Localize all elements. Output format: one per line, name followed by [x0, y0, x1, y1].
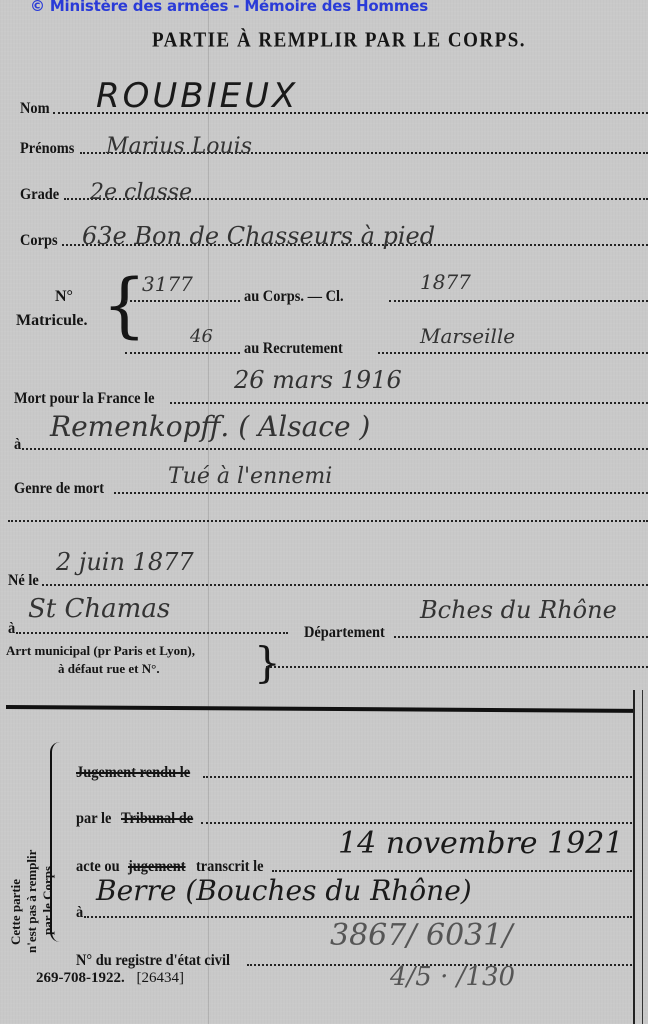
matricule-label: Matricule.: [16, 312, 88, 330]
footer-ref: [26434]: [137, 970, 185, 986]
ne-le-dotted-line: [42, 584, 648, 586]
recrutement-dotted-line: [378, 352, 648, 354]
lieu-mort-label: à: [14, 436, 21, 454]
matricule-corps-row: au Corps. — Cl.: [125, 288, 648, 306]
registre-label: N° du registre d'état civil: [76, 952, 230, 970]
ne-le-value: 2 juin 1877: [56, 548, 194, 576]
departement-dotted-line: [394, 636, 648, 638]
matricule-recrutement-dots: [125, 352, 240, 354]
corps-value: 63e Bon de Chasseurs à pied: [82, 222, 435, 250]
grade-value: 2e classe: [90, 180, 192, 205]
mort-date-value: 26 mars 1916: [234, 366, 402, 394]
mort-dotted-line: [170, 402, 648, 404]
side-note-line1: Cette partie: [8, 879, 24, 945]
footer-code: 269-708-1922.: [36, 970, 125, 986]
lieu-transcription-label: à: [76, 904, 83, 922]
departement-row: Département: [304, 624, 648, 642]
genre-mort-dotted-line: [114, 492, 648, 494]
registre-subvalues: 4/5 · /130: [390, 962, 515, 992]
lower-brace: [50, 742, 66, 942]
jugement-row: Jugement rendu le: [76, 764, 632, 782]
nom-label: Nom: [20, 100, 50, 118]
matricule-corps-number: 3177: [142, 272, 193, 296]
corps-label: Corps: [20, 232, 58, 250]
arrondissement-dotted-line: [266, 666, 648, 668]
classe-value: 1877: [420, 270, 471, 294]
side-note-line2: n'est pas à remplir: [24, 850, 40, 953]
jugement-dotted-line: [203, 776, 632, 778]
lieu-transcription-value: Berre (Bouches du Rhône): [96, 874, 472, 907]
watermark: © Ministère des armées - Mémoire des Hom…: [30, 0, 428, 15]
page-title: PARTIE À REMPLIR PAR LE CORPS.: [0, 29, 648, 53]
registre-row: N° du registre d'état civil: [76, 952, 632, 970]
right-border-line: [633, 690, 635, 1024]
tribunal-dotted-line: [201, 822, 632, 824]
nom-value: ROUBIEUX: [96, 76, 298, 116]
matricule-label-no: N°: [55, 288, 73, 306]
ne-le-label: Né le: [8, 572, 39, 590]
registre-value: 3867/ 6031/: [330, 918, 512, 953]
matricule-corps-dots: [125, 300, 240, 302]
footer: 269-708-1922. [26434]: [36, 970, 184, 987]
genre-mort-label: Genre de mort: [14, 480, 104, 498]
ne-a-dotted-line: [16, 632, 288, 634]
arrondissement-label-line2: à défaut rue et N°.: [58, 661, 160, 677]
arrondissement-label-line1: Arrt municipal (pr Paris et Lyon),: [6, 643, 195, 659]
right-border-line-2: [642, 690, 643, 1024]
jugement-label: Jugement rendu le: [76, 764, 190, 782]
prenoms-label: Prénoms: [20, 140, 74, 158]
departement-value: Bches du Rhône: [420, 596, 617, 624]
section-divider: [6, 705, 634, 713]
departement-label: Département: [304, 624, 385, 642]
matricule-corps-label: au Corps. — Cl.: [244, 288, 344, 306]
lieu-mort-value: Remenkopff. ( Alsace ): [50, 410, 370, 443]
transcrit-value: 14 novembre 1921: [338, 826, 623, 861]
tribunal-label-prefix: par le: [76, 810, 111, 828]
grade-label: Grade: [20, 186, 59, 204]
prenoms-value: Marius Louis: [106, 134, 252, 159]
blank-row: [8, 520, 648, 526]
matricule-recrutement-number: 46: [190, 326, 213, 347]
genre-mort-value: Tué à l'ennemi: [168, 464, 332, 489]
matricule-recrutement-label: au Recrutement: [244, 340, 343, 358]
classe-dotted-line: [389, 300, 648, 302]
ne-a-value: St Chamas: [28, 594, 170, 624]
recrutement-value: Marseille: [420, 324, 515, 348]
blank-dotted-line: [8, 520, 648, 522]
lieu-mort-dotted-line: [22, 448, 648, 450]
mort-label: Mort pour la France le: [14, 390, 154, 408]
arrondissement-brace: }: [254, 642, 281, 684]
arrondissement-row: [266, 666, 648, 672]
tribunal-label-struck: Tribunal de: [121, 810, 193, 828]
ne-a-label: à: [8, 620, 15, 638]
transcrit-dotted-line: [272, 870, 633, 872]
